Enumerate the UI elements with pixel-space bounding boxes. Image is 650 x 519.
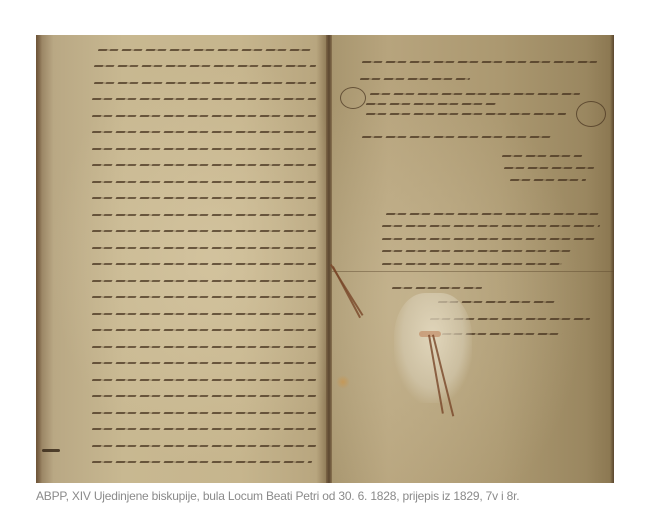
oval-stamp-left (340, 87, 366, 109)
right-page-8r (332, 35, 614, 483)
oval-stamp-right (576, 101, 606, 127)
stain (336, 375, 350, 389)
left-page-7v (36, 35, 328, 483)
manuscript-photo (36, 35, 614, 483)
paper-seal (394, 293, 472, 403)
figure: ABPP, XIV Ujedinjene biskupije, bula Loc… (0, 0, 650, 519)
figure-caption: ABPP, XIV Ujedinjene biskupije, bula Loc… (36, 489, 519, 503)
